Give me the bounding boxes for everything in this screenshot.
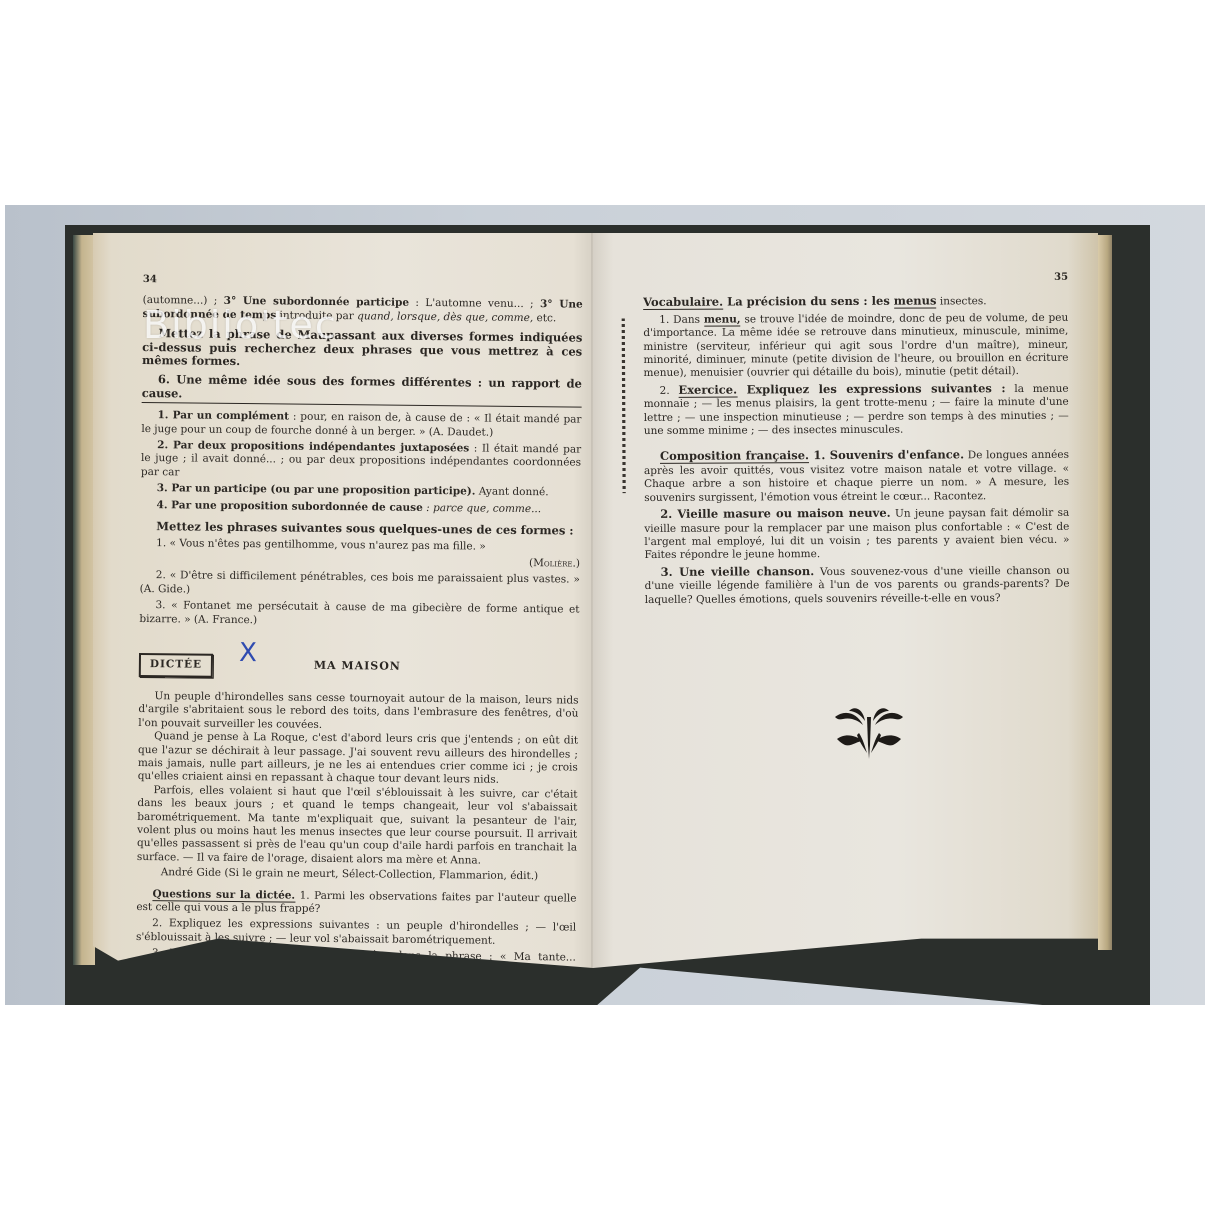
- right-page-text: 35 Vocabulaire. La précision du sens : l…: [643, 271, 1070, 610]
- forms-list: 1. Par un complément : pour, en raison d…: [140, 409, 581, 516]
- dictee-label-box: DICTÉE: [139, 653, 213, 677]
- vocabulary-section: Vocabulaire. La précision du sens : les …: [643, 294, 1069, 438]
- left-page: 34 (automne...) ; 3° Une subordonnée par…: [93, 233, 593, 968]
- vocabulary-item: 1. Dans menu, se trouve l'idée de moindr…: [643, 312, 1068, 381]
- question-item: Questions sur la dictée. 1. Parmi les ob…: [136, 888, 576, 919]
- composition-item: Composition française. 1. Souvenirs d'en…: [644, 448, 1069, 505]
- vocabulary-title: Vocabulaire. La précision du sens : les …: [643, 294, 1068, 311]
- book-page-edges-left: [73, 235, 95, 965]
- dictee-paragraph: Quand je pense à La Roque, c'est d'abord…: [138, 730, 579, 788]
- sentence-author: (Molière.): [140, 553, 580, 571]
- sentence-item: 2. « D'être si difficilement pénétrables…: [140, 569, 580, 600]
- instruction-sentences: Mettez les phrases suivantes sous quelqu…: [140, 520, 580, 538]
- handwritten-x-mark: X: [239, 647, 257, 661]
- form-item: 2. Par deux propositions indépendantes j…: [141, 439, 581, 484]
- composition-section: Composition française. 1. Souvenirs d'en…: [644, 448, 1070, 607]
- form-item: 3. Par un participe (ou par une proposit…: [141, 482, 581, 500]
- dictee-paragraph: Parfois, elles volaient si haut que l'œi…: [137, 784, 578, 869]
- fleuron-ornament-icon: [833, 703, 905, 763]
- watermark-text: Biblio'tec: [143, 303, 338, 347]
- dictee-source: André Gide (Si le grain ne meurt, Sélect…: [161, 866, 577, 884]
- exercise-item: 2. Exercice. Expliquez les expressions s…: [644, 382, 1069, 439]
- book-page-edges-right: [1098, 235, 1112, 950]
- dictee-title: MA MAISON: [314, 659, 401, 673]
- sentence-item: 3. « Fontanet me persécutait à cause de …: [139, 599, 579, 630]
- right-page: 35 Vocabulaire. La précision du sens : l…: [593, 233, 1098, 968]
- dictee-header: DICTÉE X MA MAISON: [139, 652, 579, 683]
- form-item: 4. Par une proposition subordonnée de ca…: [140, 499, 580, 517]
- form-item: 1. Par un complément : pour, en raison d…: [141, 409, 581, 440]
- sentence-item: 1. « Vous n'êtes pas gentilhomme, vous n…: [140, 536, 580, 554]
- handwritten-margin-bracket: [619, 318, 628, 493]
- composition-item: 3. Une vieille chanson. Vous souvenez-vo…: [645, 563, 1070, 606]
- dictee-body: Un peuple d'hirondelles sans cesse tourn…: [137, 690, 579, 869]
- page-number: 34: [143, 273, 583, 291]
- book-photo: 34 (automne...) ; 3° Une subordonnée par…: [5, 205, 1205, 1005]
- page-number: 35: [643, 271, 1068, 287]
- left-page-text: 34 (automne...) ; 3° Une subordonnée par…: [135, 273, 582, 995]
- dictee-paragraph: Un peuple d'hirondelles sans cesse tourn…: [138, 690, 578, 735]
- composition-item: 2. Vieille masure ou maison neuve. Un je…: [644, 506, 1069, 563]
- section-title-cause: 6. Une même idée sous des formes différe…: [142, 373, 582, 404]
